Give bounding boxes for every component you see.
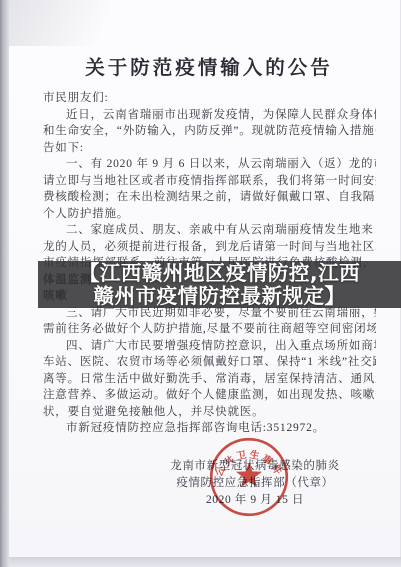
document-line: 一、有 2020 年 9 月 6 日以来，从云南瑞丽入（返）龙的市民，: [43, 156, 376, 173]
photo-edge-left: [0, 0, 9, 567]
banner-line-1: 【江西赣州地区疫情防控,江西: [79, 262, 360, 285]
document-line: 请立即与当地社区或者市疫情指挥部联系，我们将第一时间安排免: [43, 173, 376, 190]
document-line: 费核酸检测；在未出检测结果之前，请做好佩戴口罩、自我隔离等: [43, 189, 376, 206]
document-line: 和生命安全，“外防输入，内防反弹”。现就防范疫情输入措施公: [43, 123, 376, 140]
page-title: 关于防范疫情输入的公告: [43, 52, 375, 80]
document-line: 车站、医院、农贸市场等必须佩戴好口罩、保持“1 米线”社交距: [43, 354, 376, 371]
overlay-caption-banner: 【江西赣州地区疫情防控,江西 赣州市疫情防控最新规定】: [38, 261, 401, 308]
document-line: 龙的人员，必须提前进行报备，到龙后请第一时间与当地社区或者: [43, 239, 376, 256]
document-line: 告如下:: [43, 140, 376, 157]
document-line: 四、请广大市民要增强疫情防控意识，出入重点场所如商场、: [43, 338, 376, 355]
document-line: 近日，云南省瑞丽市出现新发疫情，为保障人民群众身体健康: [43, 107, 376, 124]
document-line: 二、家庭成员、朋友、亲戚中有从云南瑞丽疫情发生地来（返）: [43, 222, 376, 239]
document-line: 市民朋友们:: [43, 90, 376, 107]
document-line: 离等。日常生活中做好勤洗手、常消毒，居室保持清洁、通风透气，: [43, 371, 376, 388]
seal-star-icon: [236, 462, 262, 487]
document-line: 个人防护措施。: [43, 206, 376, 223]
photo-edge-bottom: [9, 557, 401, 567]
document-line: 状，要自觉避免接触他人，并尽快就医。: [43, 404, 376, 421]
document-line: 需前往务必做好个人防护措施,尽量不要前往商超等空间密闭场所。: [43, 321, 376, 338]
document-line: 注意营养、多做运动。做好个人健康监测，如出现发热、咳嗽等症: [43, 387, 376, 404]
official-seal: 公共卫生事件: [206, 434, 292, 520]
banner-line-2: 赣州市疫情防控最新规定】: [94, 285, 346, 308]
